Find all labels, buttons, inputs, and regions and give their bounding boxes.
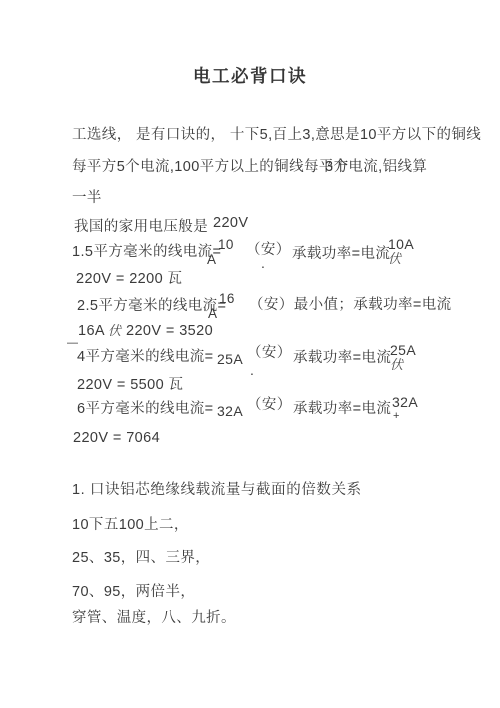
row-6-label: 6平方毫米的线电流=: [77, 402, 214, 417]
row-1-5-current-value: 10: [218, 238, 234, 252]
section-heading: 1. 口诀铝芯绝缘线载流量与截面的倍数关系: [72, 483, 362, 498]
voltage-value: 220V: [213, 216, 248, 231]
mnemonic-line-1: 10下五100上二，: [72, 518, 189, 533]
row-2-5-rest: （安）最小值；承载功率=电流: [249, 298, 452, 313]
row-2-5-result-eq: 220V = 3520: [126, 324, 213, 339]
row-4-stray-dot: .: [250, 363, 254, 377]
row-2-5-current-value: 16: [219, 292, 235, 306]
mnemonic-line-3: 70、95，两倍半，: [72, 585, 195, 600]
intro-line-3: 一半: [72, 191, 102, 206]
row-6-current-value: 32A: [217, 404, 243, 418]
voltage-label: 我国的家用电压般是: [74, 220, 208, 235]
row-6-result: 220V = 7064: [73, 431, 160, 446]
row-2-5-under-mark: —: [67, 338, 78, 349]
intro-line-2-right: 3个电流,铝线算: [325, 160, 427, 175]
row-1-5-right-volt: 伏: [388, 252, 401, 265]
document-page: 电工必背口诀 工选线， 是有口诀的， 十下5,百上3,意思是10平方以下的铜线 …: [0, 0, 500, 708]
mnemonic-line-4: 穿管、温度，八、九折。: [72, 611, 236, 626]
row-2-5-result-volt: 伏: [108, 324, 121, 337]
row-6-an: （安）: [247, 398, 292, 413]
row-4-label: 4平方毫米的线电流=: [77, 350, 214, 365]
row-2-5-result-amp: 16A: [78, 324, 105, 339]
row-2-5-label: 2.5平方毫米的线电流=: [77, 299, 226, 314]
row-6-under-mark: +: [393, 411, 399, 422]
row-4-power-formula: 承载功率=电流: [293, 351, 391, 366]
row-2-5-unit-a: A: [208, 307, 217, 321]
row-6-power-formula: 承载功率=电流: [293, 402, 391, 417]
row-1-5-an: （安）: [246, 243, 291, 258]
mnemonic-line-2: 25、35，四、三界，: [72, 551, 210, 566]
row-6-right-amp: 32A: [392, 395, 418, 409]
intro-line-1: 工选线， 是有口诀的， 十下5,百上3,意思是10平方以下的铜线: [72, 128, 481, 143]
page-title: 电工必背口诀: [0, 68, 500, 86]
row-1-5-label: 1.5平方毫米的线电流=: [72, 245, 221, 260]
intro-line-2-left: 每平方5个电流,100平方以上的铜线每平方: [72, 160, 349, 175]
row-4-current-value: 25A: [217, 352, 243, 366]
row-1-5-unit-a: A: [207, 253, 216, 267]
row-4-right-volt: 伏: [390, 358, 403, 371]
row-4-right-amp: 25A: [390, 343, 416, 357]
row-4-an: （安）: [247, 346, 292, 361]
row-1-5-power-formula: 承载功率=电流: [292, 247, 390, 262]
row-4-result: 220V = 5500 瓦: [77, 378, 183, 393]
row-1-5-right-amp: 10A: [388, 237, 414, 251]
row-1-5-stray-dot: .: [261, 256, 265, 270]
row-1-5-result: 220V = 2200 瓦: [76, 272, 182, 287]
